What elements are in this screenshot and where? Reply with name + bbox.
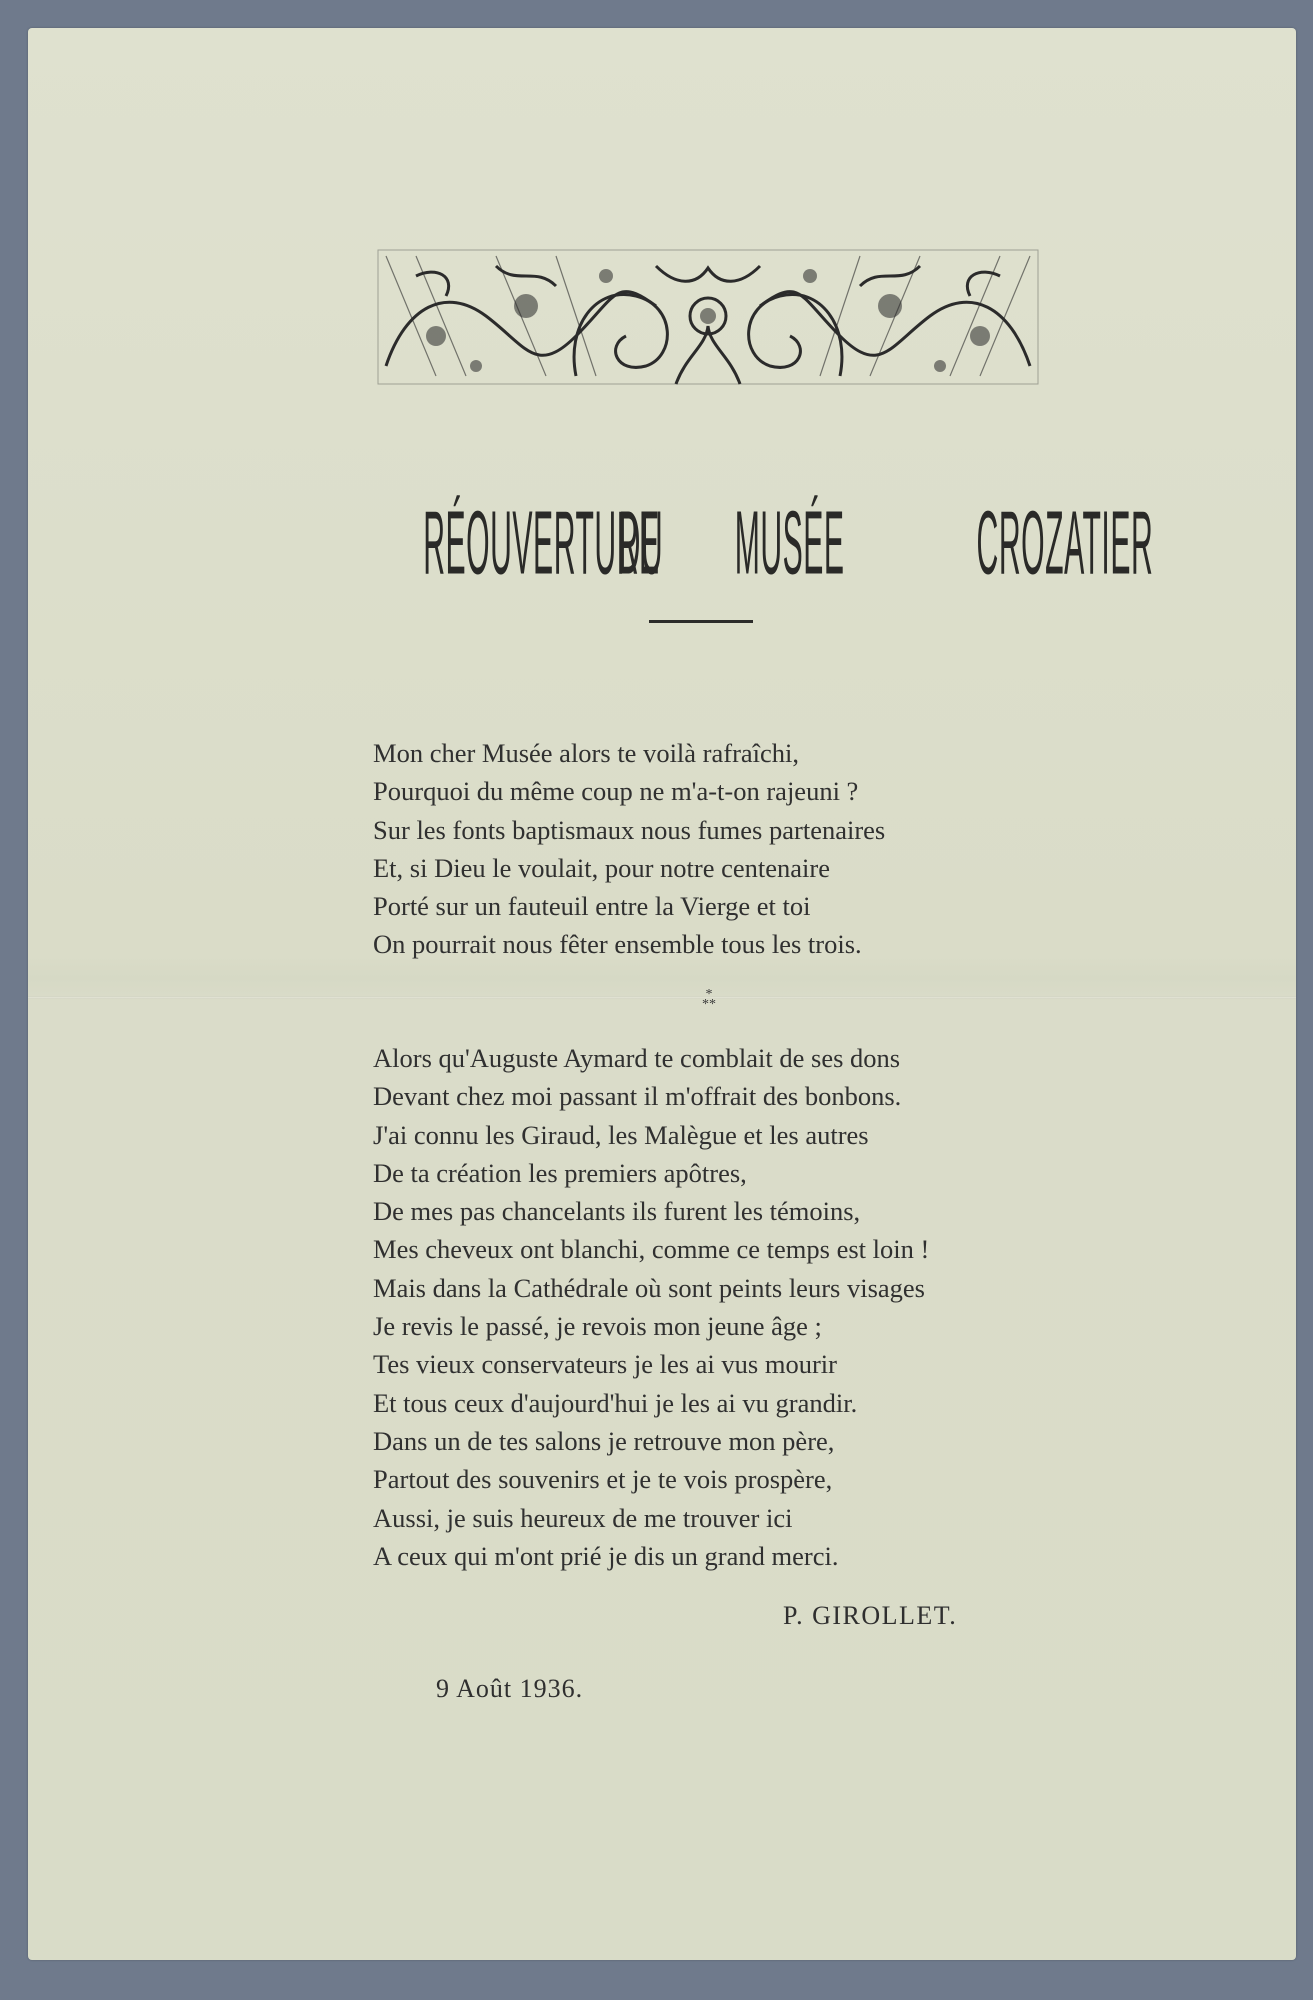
verse-line: Mes cheveux ont blanchi, comme ce temps …: [373, 1230, 1053, 1268]
verse-line: Pourquoi du même coup ne m'a-t-on rajeun…: [373, 772, 1053, 810]
poem-stanza-2: Alors qu'Auguste Aymard te comblait de s…: [373, 1039, 1053, 1575]
verse-line: Dans un de tes salons je retrouve mon pè…: [373, 1422, 1053, 1460]
verse-line: On pourrait nous fêter ensemble tous les…: [373, 925, 1053, 963]
paper-fold-line: [28, 996, 1296, 999]
verse-line: Alors qu'Auguste Aymard te comblait de s…: [373, 1039, 1053, 1077]
verse-line: Et tous ceux d'aujourd'hui je les ai vu …: [373, 1384, 1053, 1422]
verse-line: Sur les fonts baptismaux nous fumes part…: [373, 811, 1053, 849]
verse-line: A ceux qui m'ont prié je dis un grand me…: [373, 1537, 1053, 1575]
verse-line: Devant chez moi passant il m'offrait des…: [373, 1077, 1053, 1115]
verse-line: Mon cher Musée alors te voilà rafraîchi,: [373, 734, 1053, 772]
asterism-separator: ***: [694, 990, 724, 1010]
document-date: 9 Août 1936.: [436, 1674, 583, 1704]
title-word-3: MUSÉE: [734, 491, 844, 595]
verse-line: Partout des souvenirs et je te vois pros…: [373, 1460, 1053, 1498]
document-page: RÉOUVERTURE DU MUSÉE CROZATIER Mon cher …: [28, 28, 1296, 1960]
verse-line: De mes pas chancelants ils furent les té…: [373, 1192, 1053, 1230]
verse-line: De ta création les premiers apôtres,: [373, 1154, 1053, 1192]
verse-line: Porté sur un fauteuil entre la Vierge et…: [373, 887, 1053, 925]
page-title: RÉOUVERTURE DU MUSÉE CROZATIER: [368, 488, 1048, 598]
ornament-headpiece-icon: [376, 246, 1040, 388]
title-divider: [649, 620, 753, 623]
title-word-1: RÉOUVERTURE: [423, 491, 543, 595]
verse-line: Tes vieux conservateurs je les ai vus mo…: [373, 1345, 1053, 1383]
verse-line: Mais dans la Cathédrale où sont peints l…: [373, 1269, 1053, 1307]
title-word-4: CROZATIER: [977, 491, 1154, 595]
verse-line: Et, si Dieu le voulait, pour notre cente…: [373, 849, 1053, 887]
author-signature: P. GIROLLET.: [783, 1601, 957, 1631]
verse-line: Aussi, je suis heureux de me trouver ici: [373, 1499, 1053, 1537]
verse-line: J'ai connu les Giraud, les Malègue et le…: [373, 1116, 1053, 1154]
verse-line: Je revis le passé, je revois mon jeune â…: [373, 1307, 1053, 1345]
poem-stanza-1: Mon cher Musée alors te voilà rafraîchi,…: [373, 734, 1053, 964]
title-word-2: DU: [619, 491, 664, 595]
